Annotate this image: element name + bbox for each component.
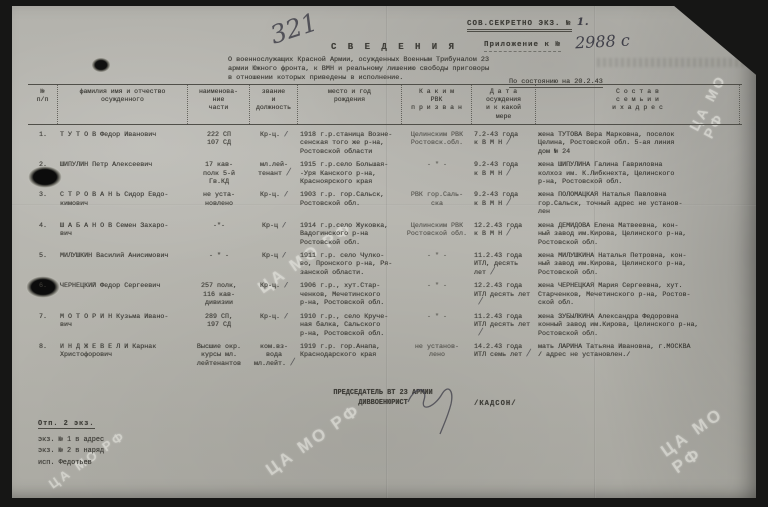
draft-office: - " - (402, 313, 472, 338)
copy-note-2: экз. № 2 в наряд (38, 446, 104, 458)
rank: Кр-ц.∕ (250, 282, 298, 307)
unit: 222 СП 107 СД (188, 131, 250, 156)
birthplace: 1919 г.р. гор.Анапа, Краснодарского края (298, 343, 402, 368)
sentence-text: 12.2.43 года к В М Н (474, 222, 522, 238)
rank-text: Кр-ц (262, 252, 278, 260)
rank-text: мл.лей- тенант (258, 161, 288, 177)
sentence-text: 7.2-43 года к В М Н (474, 131, 518, 147)
handwritten-signature (402, 380, 472, 438)
signature-name: /КАДСОН/ (474, 400, 517, 408)
draft-office: РВК гор.Саль- ска (402, 191, 472, 216)
sentence: 9.2-43 года к В М Н∕ (472, 191, 536, 216)
table-row: 1. Т У Т О В Федор Иванович 222 СП 107 С… (28, 131, 742, 156)
family-info: жена ТУТОВА Вера Марковна, поселок Целин… (536, 131, 740, 156)
rank-text: Кр-ц. (260, 191, 280, 199)
table-row: 4. Ш А Б А Н О В Семен Захаро- вич -"- К… (28, 222, 742, 247)
draft-office: Целинским РВК Ростовской обл. (402, 222, 472, 247)
birthplace: 1903 г.р. гор.Сальск, Ростовской обл. (298, 191, 402, 216)
check-mark: ∕ (524, 347, 532, 364)
col-header-birthplace: место и год рождения (298, 85, 402, 124)
executor-note: исп. Федотьев (38, 458, 104, 470)
check-mark: ∕ (280, 252, 288, 264)
punch-hole (92, 58, 110, 72)
table-row: 8. И Н Д Ж Е В Е Л И Карнак Христофорови… (28, 343, 742, 368)
row-number: 8. (28, 343, 58, 368)
unit: не уста- новлено (188, 191, 250, 216)
copies-notes: Отп. 2 экз. экз. № 1 в адрес экз. № 2 в … (38, 419, 104, 470)
col-header-draft-office: К а к и м РВК п р и з в а н (402, 85, 472, 124)
archive-watermark: ЦА МО РФ (657, 390, 759, 478)
birthplace: 1914 г.р.село Жуковка, Вадогинского р-на… (298, 222, 402, 247)
document-page: ЦА МО РФ ЦА МО РФ ЦА МО РФ ЦА МО РФ ЦА М… (12, 6, 756, 498)
document-title: С В Е Д Е Н И Я (304, 42, 484, 52)
attachment-number-handwritten: 2988 с (575, 31, 631, 53)
copy-note-1: экз. № 1 в адрес (38, 435, 104, 447)
sentence-text: 9.2-43 года к В М Н (474, 191, 518, 207)
rank-text: Кр-ц. (260, 313, 280, 321)
unit: Высшие окр. курсы мл. лейтенантов (188, 343, 250, 368)
rank: Кр-ц.∕ (250, 131, 298, 156)
rank: Кр-ц.∕ (250, 313, 298, 338)
birthplace: 1915 г.р.село Большая- -Уря Канского р-н… (298, 161, 402, 186)
check-mark: ∕ (280, 222, 288, 234)
row-number: 3. (28, 191, 58, 216)
col-header-name: фамилия имя и отчество осужденного (58, 85, 188, 124)
family-info: жена ШИПУЛИНА Галина Гавриловна колхоз и… (536, 161, 740, 186)
draft-office: - " - (402, 161, 472, 186)
rank: Кр-ц.∕ (250, 191, 298, 216)
check-mark: ∕ (288, 356, 296, 368)
rank: Кр-ц∕ (250, 222, 298, 247)
check-mark: ∕ (282, 313, 290, 325)
archive-watermark: ЦА МО РФ (262, 400, 365, 480)
convict-name: И Н Д Ж Е В Е Л И Карнак Христофорович (58, 343, 188, 368)
row-number: 5. (28, 252, 58, 277)
copies-count: Отп. 2 экз. (38, 420, 95, 429)
convicts-table: № п/п фамилия имя и отчество осужденного… (28, 84, 742, 373)
sentence: 9.2-43 года к В М Н∕ (472, 161, 536, 186)
sentence: 14.2.43 года ИТЛ семь лет∕ (472, 343, 536, 368)
unit: - " - (188, 252, 250, 277)
unit: 289 СП, 197 СД (188, 313, 250, 338)
check-mark: ∕ (282, 131, 290, 143)
row-number: 4. (28, 222, 58, 247)
sentence-text: 11.2.43 года ИТЛ, десять лет (474, 252, 522, 277)
check-mark: ∕ (282, 191, 290, 203)
convict-name: Т У Т О В Федор Иванович (58, 131, 188, 156)
sentence: 11.2.43 года ИТЛ десять лет∕ (472, 313, 536, 338)
convict-name: С Т Р О В А Н Ь Сидор Евдо- кимович (58, 191, 188, 216)
col-header-sentence: Д а т а осуждения и к какой мере (472, 85, 536, 124)
secrecy-label: СОВ.СЕКРЕТНО ЭКЗ. № (467, 20, 572, 32)
draft-office: - " - (402, 252, 472, 277)
secrecy-stamp: СОВ.СЕКРЕТНО ЭКЗ. № 1. (467, 17, 589, 28)
sentence-text: 9.2-43 года к В М Н (474, 161, 518, 177)
family-info: жена ЧЕРНЕЦКАЯ Мария Сергеевна, хут. Ста… (536, 282, 740, 307)
family-info: жена ПОЛОМАЦКАЯ Наталья Павловна гор.Сал… (536, 191, 740, 216)
family-info: жена МИЛУШКИНА Наталья Петровна, кон- ны… (536, 252, 740, 277)
birthplace: 1911 г.р. село Чулко- во, Пронского р-на… (298, 252, 402, 277)
copy-number-handwritten: 1. (577, 17, 589, 28)
sentence: 7.2-43 года к В М Н∕ (472, 131, 536, 156)
rank: мл.лей- тенант∕ (250, 161, 298, 186)
rank: ком.вз- вода мл.лейт.∕ (250, 343, 298, 368)
row-number: 2. (28, 161, 58, 186)
family-info: жена ЗУБЫЛКИНА Александра Федоровна конн… (536, 313, 740, 338)
table-header-row: № п/п фамилия имя и отчество осужденного… (28, 84, 742, 125)
family-info: мать ЛАРИНА Татьяна Ивановна, г.МОСКВА /… (536, 343, 740, 368)
convict-name: Ш А Б А Н О В Семен Захаро- вич (58, 222, 188, 247)
rank-text: Кр-ц. (260, 282, 280, 290)
table-row: 5. МИЛУШКИН Василий Анисимович - " - Кр-… (28, 252, 742, 277)
table-row: 3. С Т Р О В А Н Ь Сидор Евдо- кимович н… (28, 191, 742, 216)
birthplace: 1910 г.р., село Круче- ная балка, Сальск… (298, 313, 402, 338)
draft-office: Целинским РВК Ростовск.обл. (402, 131, 472, 156)
col-header-family: С о с т а в с е м ь и и и х а д р е с (536, 85, 740, 124)
draft-office: - " - (402, 282, 472, 307)
row-number: 1. (28, 131, 58, 156)
row-number: 6. (28, 282, 58, 307)
sentence: 11.2.43 года ИТЛ, десять лет∕ (472, 252, 536, 277)
birthplace: 1906 г.р., хут.Стар- ченков, Мечетинског… (298, 282, 402, 307)
table-row: 6. ЧЕРНЕЦКИЙ Федор Сергеевич 257 полк, 1… (28, 282, 742, 307)
rank: Кр-ц∕ (250, 252, 298, 277)
unit: -"- (188, 222, 250, 247)
sentence: 12.2.43 года ИТЛ десять лет∕ (472, 282, 536, 307)
table-row: 2. ШИПУЛИН Петр Алексеевич 17 кав- полк … (28, 161, 742, 186)
check-mark: ∕ (282, 282, 290, 294)
table-row: 7. М О Т О Р И Н Кузьма Ивано- вич 289 С… (28, 313, 742, 338)
rank-text: Кр-ц. (260, 131, 280, 139)
unit: 257 полк, 116 кав- дивизии (188, 282, 250, 307)
draft-office: не установ- лено (402, 343, 472, 368)
col-header-unit: наименова- ние части (188, 85, 250, 124)
attachment-label: Приложение к № (484, 41, 561, 52)
rank-text: Кр-ц (262, 222, 278, 230)
birthplace: 1918 г.р.станица Возне- сенская того же … (298, 131, 402, 156)
col-header-rank: звание и должность (250, 85, 298, 124)
row-number: 7. (28, 313, 58, 338)
sentence-text: 14.2.43 года ИТЛ семь лет (474, 343, 522, 359)
convict-name: ЧЕРНЕЦКИЙ Федор Сергеевич (58, 282, 188, 307)
unit: 17 кав- полк 5-й Гв.КД (188, 161, 250, 186)
col-header-number: № п/п (28, 85, 58, 124)
convict-name: М О Т О Р И Н Кузьма Ивано- вич (58, 313, 188, 338)
convict-name: ШИПУЛИН Петр Алексеевич (58, 161, 188, 186)
sentence: 12.2.43 года к В М Н∕ (472, 222, 536, 247)
family-info: жена ДЕМИДОВА Елена Матвеевна, кон- ный … (536, 222, 740, 247)
rank-text: ком.вз- вода мл.лейт. (254, 343, 288, 368)
convict-name: МИЛУШКИН Василий Анисимович (58, 252, 188, 277)
